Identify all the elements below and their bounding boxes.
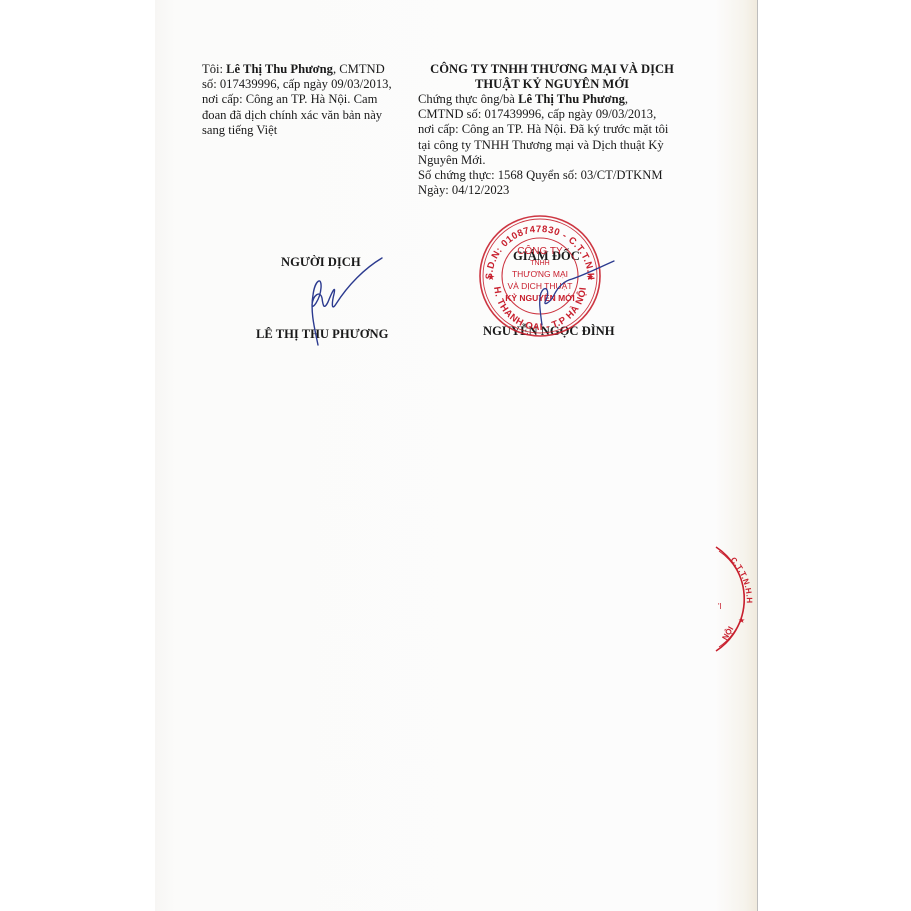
translator-name-inline: Lê Thị Thu Phương [226, 62, 333, 76]
statement-line: đoan đã dịch chính xác văn bản này [202, 108, 392, 123]
translator-signature [290, 250, 390, 350]
statement-line: nơi cấp: Công an TP. Hà Nội. Cam [202, 92, 392, 107]
director-signature [520, 255, 620, 335]
page-edge [757, 0, 758, 911]
partial-stamp: C.T.T.N.H.H NỘI ★ 'I [712, 545, 762, 655]
svg-text:★: ★ [738, 616, 745, 625]
cert-line: CMTND số: 017439996, cấp ngày 09/03/2013… [418, 107, 668, 122]
cert-line: Nguyên Mới. [418, 153, 668, 168]
translator-statement: Tôi: Lê Thị Thu Phương, CMTND số: 017439… [202, 62, 392, 138]
cert-line: Chứng thực ông/bà Lê Thị Thu Phương, [418, 92, 668, 107]
statement-line: Tôi: Lê Thị Thu Phương, CMTND [202, 62, 392, 77]
cert-line: Ngày: 04/12/2023 [418, 183, 668, 198]
certification-statement: Chứng thực ông/bà Lê Thị Thu Phương, CMT… [418, 92, 668, 198]
svg-text:C.T.T.N.H.H: C.T.T.N.H.H [729, 555, 754, 603]
company-title: CÔNG TY TNHH THƯƠNG MẠI VÀ DỊCH THUẬT KỶ… [418, 62, 686, 92]
svg-text:★: ★ [487, 273, 495, 283]
statement-line: số: 017439996, cấp ngày 09/03/2013, [202, 77, 392, 92]
cert-line: Số chứng thực: 1568 Quyển số: 03/CT/DTKN… [418, 168, 668, 183]
cert-line: tại công ty TNHH Thương mại và Dịch thuậ… [418, 138, 668, 153]
certified-name-inline: Lê Thị Thu Phương [518, 92, 625, 106]
statement-line: sang tiếng Việt [202, 123, 392, 138]
cert-line: nơi cấp: Công an TP. Hà Nội. Đã ký trước… [418, 122, 668, 137]
svg-text:'I: 'I [718, 602, 722, 611]
